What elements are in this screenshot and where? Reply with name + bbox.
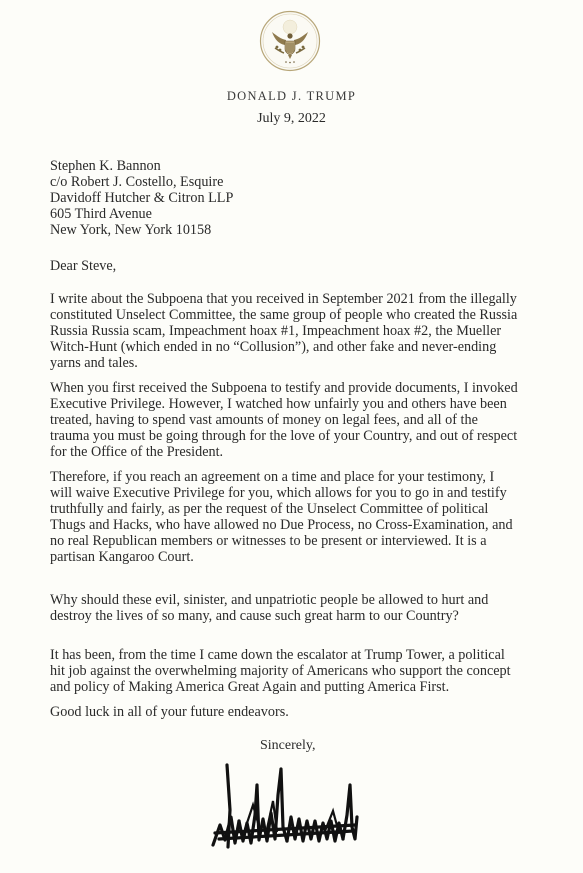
- text-line: constituted Unselect Committee, the same…: [50, 307, 490, 323]
- presidential-seal-icon: [259, 10, 321, 72]
- text-line: It has been, from the time I came down t…: [50, 647, 490, 663]
- text-line: hit job against the overwhelming majorit…: [50, 663, 490, 679]
- handwritten-signature-icon: [205, 755, 380, 860]
- text-line: Thugs and Hacks, who have allowed no Due…: [50, 517, 490, 533]
- recipient-address: Stephen K. Bannon c/o Robert J. Costello…: [50, 158, 233, 238]
- text-line: no real Republican members or witnesses …: [50, 533, 490, 549]
- recipient-name: Stephen K. Bannon: [50, 158, 233, 174]
- text-line: partisan Kangaroo Court.: [50, 549, 490, 565]
- recipient-city: New York, New York 10158: [50, 222, 233, 238]
- text-line: yarns and tales.: [50, 355, 490, 371]
- paragraph-good-luck: Good luck in all of your future endeavor…: [50, 704, 490, 720]
- recipient-firm: Davidoff Hutcher & Citron LLP: [50, 190, 233, 206]
- recipient-care-of: c/o Robert J. Costello, Esquire: [50, 174, 233, 190]
- text-line: and policy of Making America Great Again…: [50, 679, 490, 695]
- text-line: Witch-Hunt (which ended in no “Collusion…: [50, 339, 490, 355]
- paragraph-executive-privilege: When you first received the Subpoena to …: [50, 380, 490, 460]
- text-line: Good luck in all of your future endeavor…: [50, 704, 490, 720]
- text-line: Therefore, if you reach an agreement on …: [50, 469, 490, 485]
- text-line: I write about the Subpoena that you rece…: [50, 291, 490, 307]
- text-line: Why should these evil, sinister, and unp…: [50, 592, 490, 608]
- text-line: for the Office of the President.: [50, 444, 490, 460]
- text-line: When you first received the Subpoena to …: [50, 380, 490, 396]
- paragraph-escalator: It has been, from the time I came down t…: [50, 647, 490, 695]
- text-line: Russia Russia scam, Impeachment hoax #1,…: [50, 323, 490, 339]
- text-line: treated, having to spend vast amounts of…: [50, 412, 490, 428]
- recipient-street: 605 Third Avenue: [50, 206, 233, 222]
- letter-page: DONALD J. TRUMP July 9, 2022 Stephen K. …: [0, 0, 583, 873]
- paragraph-waiver: Therefore, if you reach an agreement on …: [50, 469, 490, 565]
- paragraph-subpoena: I write about the Subpoena that you rece…: [50, 291, 490, 371]
- text-line: Executive Privilege. However, I watched …: [50, 396, 490, 412]
- salutation: Dear Steve,: [50, 258, 116, 275]
- closing: Sincerely,: [260, 738, 315, 754]
- letter-date: July 9, 2022: [0, 111, 583, 127]
- text-line: truthfully and fairly, as per the reques…: [50, 501, 490, 517]
- text-line: will waive Executive Privilege for you, …: [50, 485, 490, 501]
- text-line: destroy the lives of so many, and cause …: [50, 608, 490, 624]
- text-line: trauma you must be going through for the…: [50, 428, 490, 444]
- paragraph-question: Why should these evil, sinister, and unp…: [50, 592, 490, 624]
- letterhead-name: DONALD J. TRUMP: [0, 89, 583, 104]
